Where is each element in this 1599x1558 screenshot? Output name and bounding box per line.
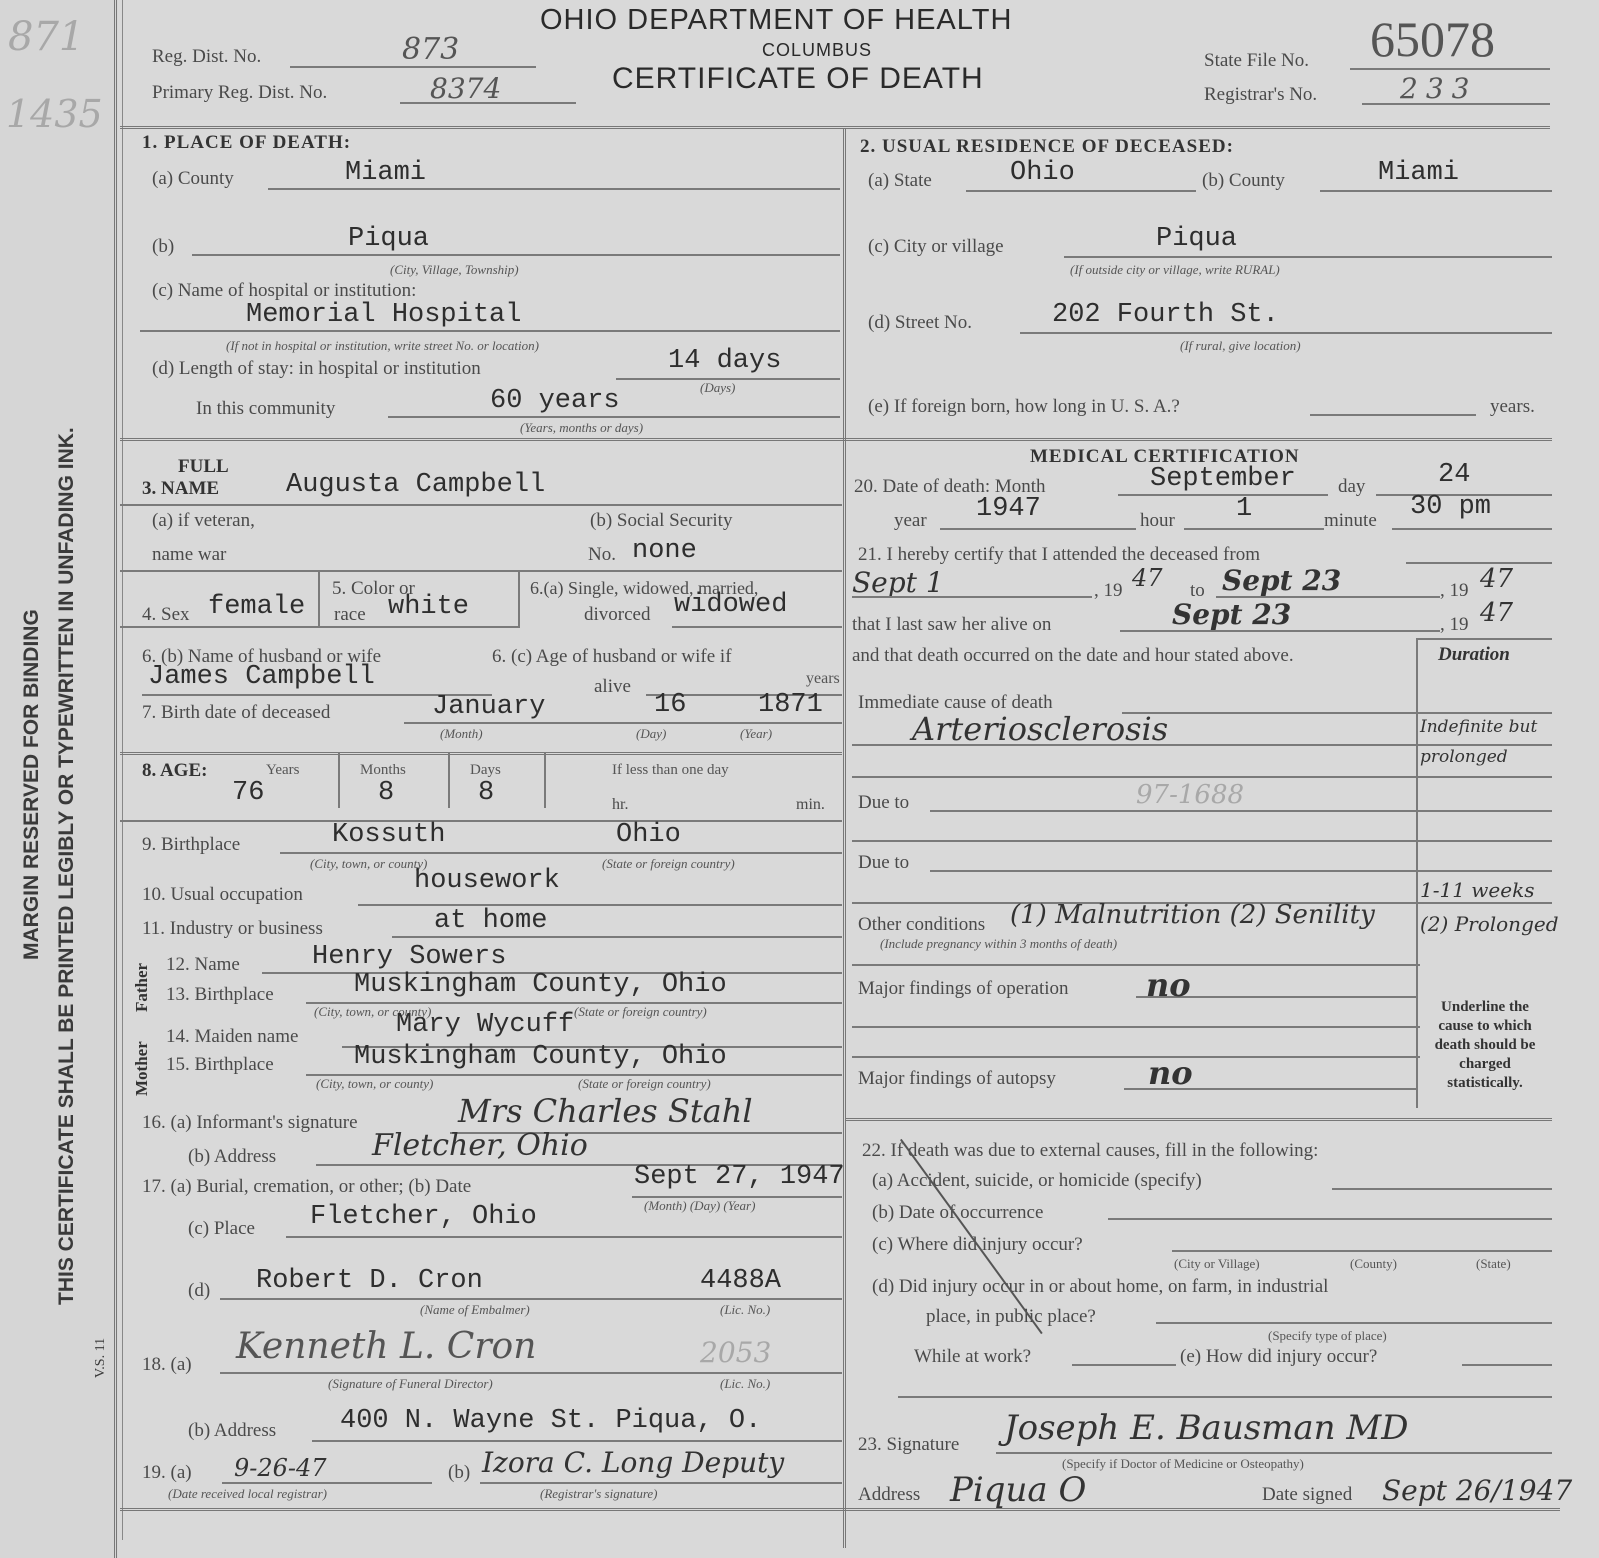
physician-sig-label: 23. Signature <box>858 1434 959 1456</box>
immediate-duration: Indefinite but prolonged <box>1420 712 1560 772</box>
pencil-note-second: 1435 <box>6 92 103 136</box>
sex-value: female <box>208 592 305 622</box>
death-hour-label: hour <box>1140 510 1175 532</box>
deceased-name: Augusta Campbell <box>286 470 545 500</box>
foreign-born-suffix: years. <box>1490 396 1535 418</box>
birth-month-hint: (Month) <box>440 726 483 742</box>
city-title: COLUMBUS <box>762 40 872 61</box>
birth-label: 7. Birth date of deceased <box>142 702 330 724</box>
death-minute: 30 pm <box>1410 492 1491 522</box>
attended-from-year: 47 <box>1132 564 1163 592</box>
form-code: V.S. 11 <box>93 1338 109 1378</box>
spouse-name: James Campbell <box>148 662 375 692</box>
community-label: In this community <box>196 398 335 420</box>
embalmer-label: (d) <box>188 1280 210 1302</box>
funeral-director-signature: Kenneth L. Cron <box>236 1326 536 1367</box>
autopsy-label: Major findings of autopsy <box>858 1068 1056 1090</box>
section-divider-1 <box>120 438 1552 441</box>
physician-signature: Joseph E. Bausman MD <box>1004 1408 1408 1448</box>
birth-month: January <box>432 692 545 722</box>
other-conditions-label: Other conditions <box>858 914 985 936</box>
death-minute-label: minute <box>1324 510 1377 532</box>
birth-year: 1871 <box>758 690 823 720</box>
war-label: name war <box>152 544 226 566</box>
funeral-address-label: (b) Address <box>188 1420 276 1442</box>
binding-note: MARGIN RESERVED FOR BINDING <box>20 609 44 960</box>
date-signed-label: Date signed <box>1262 1484 1352 1506</box>
embalmer-lic-hint: (Lic. No.) <box>720 1302 770 1318</box>
burial-date-hint: (Month) (Day) (Year) <box>644 1198 755 1214</box>
external-e-label: (e) How did injury occur? <box>1180 1346 1377 1368</box>
binding-rule-inner <box>122 0 123 1540</box>
external-d-label: (d) Did injury occur in or about home, o… <box>872 1276 1328 1298</box>
burial-date: Sept 27, 1947 <box>634 1162 845 1192</box>
external-c-hint-state: (State) <box>1476 1256 1511 1272</box>
hospital-hint: (If not in hospital or institution, writ… <box>226 338 539 354</box>
residence-street-value: 202 Fourth St. <box>1052 300 1279 330</box>
age-days-value: 8 <box>478 778 494 808</box>
death-county-label: (a) County <box>152 168 234 190</box>
birthplace-state: Ohio <box>616 820 681 850</box>
industry-label: 11. Industry or business <box>142 918 323 940</box>
mother-tag: Mother <box>132 1041 152 1096</box>
physician-sig-hint: (Specify if Doctor of Medicine or Osteop… <box>1062 1456 1304 1472</box>
burial-place-label: (c) Place <box>188 1218 255 1240</box>
due-to-label-1: Due to <box>858 792 909 814</box>
age-label: 8. AGE: <box>142 760 207 782</box>
state-file-label: State File No. <box>1204 50 1309 72</box>
less-than-day-label: If less than one day <box>612 762 729 779</box>
industry-value: at home <box>434 906 547 936</box>
registrar-sig-hint: (Registrar's signature) <box>540 1486 658 1502</box>
residence-city-hint: (If outside city or village, write RURAL… <box>1070 262 1280 278</box>
ssn-label: (b) Social Security <box>590 510 732 532</box>
birthplace-city-hint: (City, town, or county) <box>310 856 427 872</box>
alive-label: alive <box>594 676 631 698</box>
residence-state-value: Ohio <box>1010 158 1075 188</box>
father-birthplace-label: 13. Birthplace <box>166 984 274 1006</box>
attended-to: Sept 23 <box>1222 564 1341 597</box>
burial-place: Fletcher, Ohio <box>310 1202 537 1232</box>
race-label: race <box>334 604 366 626</box>
occupation-label: 10. Usual occupation <box>142 884 303 906</box>
funeral-lic-hint: (Lic. No.) <box>720 1376 770 1392</box>
birthplace-state-hint: (State or foreign country) <box>602 856 735 872</box>
death-day: 24 <box>1438 460 1470 490</box>
operation-value: no <box>1146 966 1191 1004</box>
birth-day-hint: (Day) <box>636 726 666 742</box>
funeral-director-license: 2053 <box>700 1336 771 1369</box>
external-d-label-2: place, in public place? <box>926 1306 1096 1328</box>
attended-to-year-prefix: , 19 <box>1440 580 1469 602</box>
other-duration-1: 1-11 weeks <box>1420 878 1534 902</box>
immediate-cause: Arteriosclerosis <box>912 710 1168 748</box>
reg-dist-label: Reg. Dist. No. <box>152 46 261 68</box>
place-of-death-heading: 1. PLACE OF DEATH: <box>142 132 351 154</box>
veteran-label: (a) if veteran, <box>152 510 255 532</box>
marital-value: widowed <box>674 590 787 620</box>
age-years-value: 76 <box>232 778 264 808</box>
external-d-hint: (Specify type of place) <box>1268 1328 1387 1344</box>
community-value: 60 years <box>490 386 620 416</box>
residence-county-value: Miami <box>1378 158 1459 188</box>
duration-heading: Duration <box>1438 644 1510 666</box>
funeral-label: 18. (a) <box>142 1354 192 1376</box>
father-tag: Father <box>132 963 152 1012</box>
column-divider <box>843 128 846 1548</box>
other-conditions: (1) Malnutrition (2) Senility <box>1010 900 1375 930</box>
mother-birthplace-label: 15. Birthplace <box>166 1054 274 1076</box>
residence-city-value: Piqua <box>1156 224 1237 254</box>
residence-heading: 2. USUAL RESIDENCE OF DECEASED: <box>860 136 1234 158</box>
birthplace-city: Kossuth <box>332 820 445 850</box>
attended-to-year: 47 <box>1480 564 1513 594</box>
embalmer-name: Robert D. Cron <box>256 1266 483 1296</box>
spouse-age-label: 6. (c) Age of husband or wife if <box>492 646 732 668</box>
binding-rule <box>114 0 117 1558</box>
attended-from-year-prefix: , 19 <box>1094 580 1123 602</box>
external-work-label: While at work? <box>914 1346 1031 1368</box>
autopsy-value: no <box>1148 1054 1193 1092</box>
underline-note: Underline the cause to which death shoul… <box>1422 998 1548 1093</box>
mother-state-hint: (State or foreign country) <box>578 1076 711 1092</box>
mother-name-label: 14. Maiden name <box>166 1026 298 1048</box>
residence-state-label: (a) State <box>868 170 932 192</box>
last-saw-year-prefix: , 19 <box>1440 614 1469 636</box>
physician-address: Piqua O <box>950 1470 1086 1510</box>
embalmer-license: 4488A <box>700 1266 781 1296</box>
ssn-value: none <box>632 536 697 566</box>
full-label: FULL <box>178 456 229 478</box>
last-saw-text: that I last saw her alive on <box>852 614 1051 636</box>
last-saw-date: Sept 23 <box>1172 598 1291 631</box>
community-hint: (Years, months or days) <box>520 420 643 436</box>
min-label: min. <box>796 796 825 814</box>
ssn-no-label: No. <box>588 544 616 566</box>
death-city-value: Piqua <box>348 224 429 254</box>
ink-note: THIS CERTIFICATE SHALL BE PRINTED LEGIBL… <box>55 427 79 1305</box>
stay-value: 14 days <box>668 346 781 376</box>
burial-label: 17. (a) Burial, cremation, or other; (b)… <box>142 1176 471 1198</box>
hospital-label: (c) Name of hospital or institution: <box>152 280 416 302</box>
father-state-hint: (State or foreign country) <box>574 1004 707 1020</box>
informant-sig-label: 16. (a) Informant's signature <box>142 1112 358 1134</box>
birth-year-hint: (Year) <box>740 726 772 742</box>
registrar-number: 233 <box>1400 72 1477 105</box>
informant-address: Fletcher, Ohio <box>372 1128 588 1163</box>
pencil-note-top: 871 <box>8 14 84 60</box>
informant-signature: Mrs Charles Stahl <box>458 1092 753 1130</box>
physician-address-label: Address <box>858 1484 920 1506</box>
primary-reg-dist-label: Primary Reg. Dist. No. <box>152 82 327 104</box>
state-file-number: 65078 <box>1370 10 1495 68</box>
embalmer-hint: (Name of Embalmer) <box>420 1302 530 1318</box>
registrar-signature: Izora C. Long Deputy <box>482 1446 784 1479</box>
frame-top <box>120 126 1550 129</box>
father-birthplace: Muskingham County, Ohio <box>354 970 727 1000</box>
registrar-label-b: (b) <box>448 1462 470 1484</box>
stay-label: (d) Length of stay: in hospital or insti… <box>152 358 481 380</box>
age-years-label: Years <box>266 762 299 779</box>
death-day-label: day <box>1338 476 1365 498</box>
death-county-value: Miami <box>345 158 426 188</box>
external-heading: 22. If death was due to external causes,… <box>862 1140 1318 1162</box>
hr-label: hr. <box>612 796 628 814</box>
age-days-label: Days <box>470 762 501 779</box>
due-to-label-2: Due to <box>858 852 909 874</box>
age-months-value: 8 <box>378 778 394 808</box>
mother-birthplace: Muskingham County, Ohio <box>354 1042 727 1072</box>
hospital-value: Memorial Hospital <box>246 300 521 330</box>
years-label: years <box>806 670 840 688</box>
occupation-value: housework <box>414 866 560 896</box>
reg-dist-value: 873 <box>402 32 459 67</box>
duration-divider <box>1416 638 1418 1108</box>
death-year-label: year <box>894 510 927 532</box>
department-title: OHIO DEPARTMENT OF HEALTH <box>540 4 1012 37</box>
last-saw-year: 47 <box>1480 598 1513 628</box>
certificate-title: CERTIFICATE OF DEATH <box>612 62 984 96</box>
mother-city-hint: (City, town, or county) <box>316 1076 433 1092</box>
father-name-label: 12. Name <box>166 954 240 976</box>
stay-hint: (Days) <box>700 380 735 396</box>
date-received: 9-26-47 <box>234 1454 327 1482</box>
date-received-hint: (Date received local registrar) <box>168 1486 327 1502</box>
certify-text: 21. I hereby certify that I attended the… <box>858 544 1260 566</box>
primary-reg-dist-value: 8374 <box>430 72 501 105</box>
residence-city-label: (c) City or village <box>868 236 1004 258</box>
foreign-born-label: (e) If foreign born, how long in U. S. A… <box>868 396 1180 418</box>
death-hour: 1 <box>1236 494 1252 524</box>
informant-address-label: (b) Address <box>188 1146 276 1168</box>
birthplace-label: 9. Birthplace <box>142 834 240 856</box>
death-month: September <box>1150 464 1296 494</box>
death-year: 1947 <box>976 494 1041 524</box>
due-to-faint-stamp: 97-1688 <box>1136 780 1244 810</box>
left-margin: 871 1435 MARGIN RESERVED FOR BINDING THI… <box>0 0 118 1558</box>
external-c-hint-county: (County) <box>1350 1256 1397 1272</box>
age-months-label: Months <box>360 762 406 779</box>
name-label: 3. NAME <box>142 478 219 500</box>
residence-street-hint: (If rural, give location) <box>1180 338 1301 354</box>
residence-street-label: (d) Street No. <box>868 312 972 334</box>
date-signed: Sept 26/1947 <box>1382 1474 1572 1507</box>
death-city-hint: (City, Village, Township) <box>390 262 519 278</box>
race-value: white <box>388 592 469 622</box>
registrar-label: Registrar's No. <box>1204 84 1317 106</box>
other-duration-2: (2) Prolonged <box>1420 912 1559 936</box>
external-a-label: (a) Accident, suicide, or homicide (spec… <box>872 1170 1202 1192</box>
operation-label: Major findings of operation <box>858 978 1069 1000</box>
divorced-label: divorced <box>584 604 650 626</box>
occurred-text: and that death occurred on the date and … <box>852 644 1392 668</box>
external-c-hint-city: (City or Village) <box>1174 1256 1260 1272</box>
section-divider-2 <box>846 1118 1552 1121</box>
mother-name: Mary Wycuff <box>396 1010 574 1040</box>
registrar-label-a: 19. (a) <box>142 1462 192 1484</box>
father-name: Henry Sowers <box>312 942 506 972</box>
other-conditions-hint: (Include pregnancy within 3 months of de… <box>880 936 1117 952</box>
frame-bottom <box>120 1508 1560 1511</box>
death-city-label: (b) <box>152 236 174 258</box>
residence-county-label: (b) County <box>1202 170 1285 192</box>
funeral-address: 400 N. Wayne St. Piqua, O. <box>340 1406 761 1436</box>
birth-day: 16 <box>654 690 686 720</box>
attended-from: Sept 1 <box>852 566 944 599</box>
sex-label: 4. Sex <box>142 604 190 626</box>
funeral-sig-hint: (Signature of Funeral Director) <box>328 1376 493 1392</box>
